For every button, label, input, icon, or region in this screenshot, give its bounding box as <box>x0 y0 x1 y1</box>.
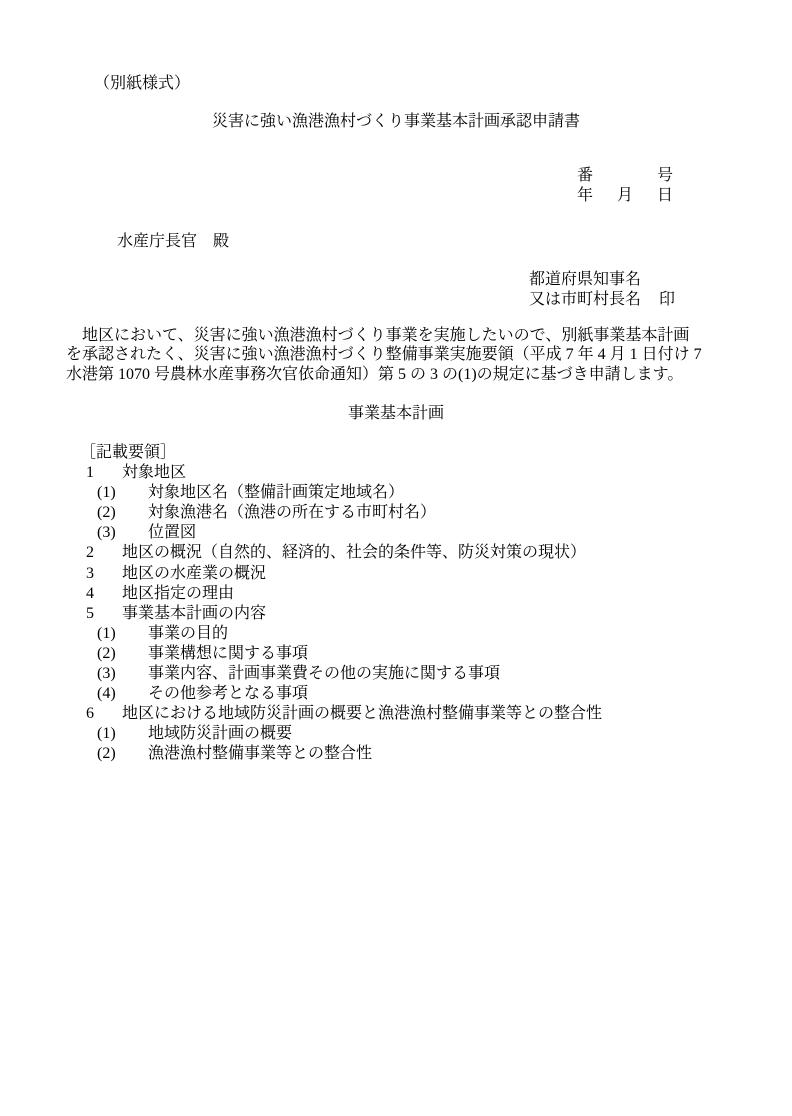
outline-item: 3地区の水産業の概況 <box>66 564 766 584</box>
outline-item: (2)漁港漁村整備事業等との整合性 <box>66 744 766 764</box>
sender-block: 都道府県知事名 又は市町村長名 印 <box>529 270 675 310</box>
outline-item: (3)位置図 <box>66 523 766 543</box>
outline-item-number: (2) <box>97 744 148 764</box>
outline-item-number: (4) <box>97 684 148 704</box>
outline-item-number: 3 <box>86 564 122 584</box>
outline-item-number: (3) <box>97 664 148 684</box>
body-line: 水港第 1070 号農林水産事務次官依命通知）第 5 の 3 の(1)の規定に基… <box>66 365 738 384</box>
outline-item: (1)地域防災計画の概要 <box>66 724 766 744</box>
attachment-style-label: （別紙様式） <box>94 74 190 94</box>
outline-item: (2)事業構想に関する事項 <box>66 644 766 664</box>
outline-item-number: (3) <box>97 523 148 543</box>
addressee-line: 水産庁長官 殿 <box>117 232 229 252</box>
outline-item: 5事業基本計画の内容 <box>66 604 766 624</box>
outline-item-text: 地区指定の理由 <box>122 585 234 602</box>
number-date-field: 番 号 年 月 日 <box>577 166 673 206</box>
outline-item-text: 地域防災計画の概要 <box>148 725 292 742</box>
outline-item-text: 事業基本計画の内容 <box>122 605 266 622</box>
year-label: 年 <box>577 186 593 206</box>
sender-line-municipality: 又は市町村長名 印 <box>529 290 675 310</box>
outline-item: (2)対象漁港名（漁港の所在する市町村名） <box>66 503 766 523</box>
document-title: 災害に強い漁港漁村づくり事業基本計画承認申請書 <box>0 112 792 132</box>
outline-item: 2地区の概況（自然的、経済的、社会的条件等、防災対策の現状） <box>66 543 766 563</box>
outline-item-number: 1 <box>86 463 122 483</box>
outline-item-number: 4 <box>86 584 122 604</box>
outline-item-number: 2 <box>86 543 122 563</box>
application-body-paragraph: 地区において、災害に強い漁港漁村づくり事業を実施したいので、別紙事業基本計画 を… <box>66 326 738 384</box>
outline-item-number: (1) <box>97 724 148 744</box>
body-line: を承認されたく、災害に強い漁港漁村づくり整備事業実施要領（平成 7 年 4 月 … <box>66 345 738 364</box>
outline-item-number: (2) <box>97 503 148 523</box>
outline-item-text: 地区における地域防災計画の概要と漁港漁村整備事業等との整合性 <box>122 705 602 722</box>
outline-item-text: 地区の概況（自然的、経済的、社会的条件等、防災対策の現状） <box>122 544 586 561</box>
outline-item-text: 事業構想に関する事項 <box>148 645 308 662</box>
outline-item-text: 対象漁港名（漁港の所在する市町村名） <box>148 504 436 521</box>
outline-item: (4)その他参考となる事項 <box>66 684 766 704</box>
outline-item-text: 漁港漁村整備事業等との整合性 <box>148 745 372 762</box>
number-label: 番 <box>577 166 593 186</box>
outline-item-number: 5 <box>86 604 122 624</box>
outline-item-text: 対象地区名（整備計画策定地域名） <box>148 484 404 501</box>
day-label: 日 <box>657 186 673 206</box>
sender-line-prefecture: 都道府県知事名 <box>529 270 675 290</box>
outline-item-text: 位置図 <box>148 524 196 541</box>
outline-item: (1)対象地区名（整備計画策定地域名） <box>66 483 766 503</box>
outline-item-text: 地区の水産業の概況 <box>122 565 266 582</box>
application-form-page: （別紙様式） 災害に強い漁港漁村づくり事業基本計画承認申請書 番 号 年 月 日… <box>0 0 792 1116</box>
outline-item: (3)事業内容、計画事業費その他の実施に関する事項 <box>66 664 766 684</box>
section-title: 事業基本計画 <box>0 404 792 424</box>
body-line: 地区において、災害に強い漁港漁村づくり事業を実施したいので、別紙事業基本計画 <box>66 326 738 345</box>
outline-item: 6地区における地域防災計画の概要と漁港漁村整備事業等との整合性 <box>66 704 766 724</box>
outline-item-number: (1) <box>97 624 148 644</box>
outline-item: 4地区指定の理由 <box>66 584 766 604</box>
outline-item-number: 6 <box>86 704 122 724</box>
number-suffix-label: 号 <box>657 166 673 186</box>
outline-item-text: その他参考となる事項 <box>148 685 308 702</box>
outline-item: 1対象地区 <box>66 463 766 483</box>
outline-block: ［記載要領］ 1対象地区 (1)対象地区名（整備計画策定地域名） (2)対象漁港… <box>66 443 766 765</box>
outline-item-text: 対象地区 <box>122 464 186 481</box>
outline-item-text: 事業の目的 <box>148 625 228 642</box>
seal-placeholder: 印 <box>659 291 675 308</box>
outline-item-text: 事業内容、計画事業費その他の実施に関する事項 <box>148 665 500 682</box>
outline-item: (1)事業の目的 <box>66 624 766 644</box>
date-field: 年 月 日 <box>577 186 673 206</box>
outline-item-number: (1) <box>97 483 148 503</box>
sender-name-label: 又は市町村長名 <box>529 291 641 308</box>
outline-item-number: (2) <box>97 644 148 664</box>
document-number-field: 番 号 <box>577 166 673 186</box>
month-label: 月 <box>617 186 633 206</box>
outline-heading: ［記載要領］ <box>66 443 766 463</box>
